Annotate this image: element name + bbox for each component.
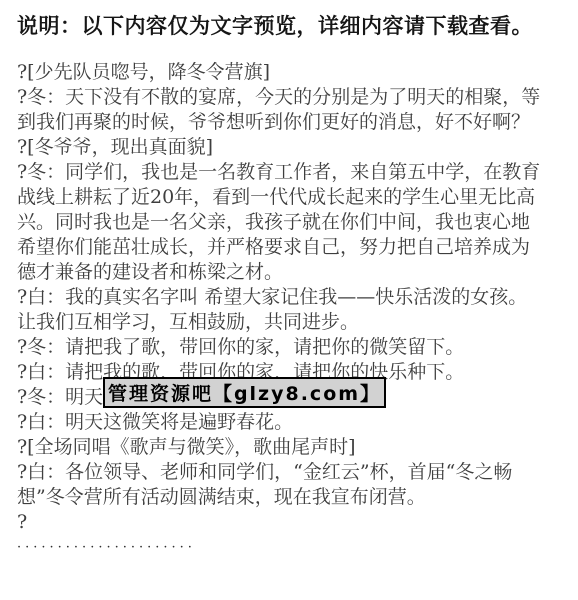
script-line: 想”冬令营所有活动圆满结束，现在我宣布闭营。 [17,485,567,510]
script-line: 希望你们能茁壮成长，并严格要求自己，努力把自己培养成为 [17,235,567,260]
preview-notice-header: 说明：以下内容仅为文字预览，详细内容请下载查看。 [17,13,533,40]
script-text-body: ?[少先队员唿号，降冬令营旗] ?冬：天下没有不散的宴席，今天的分别是为了明天的… [17,60,567,560]
script-line: ?冬：同学们，我也是一名教育工作者，来自第五中学，在教育 [17,160,567,185]
dots-divider: ······················ [17,535,567,560]
script-line: ?白：明天这微笑将是遍野春花。 [17,410,567,435]
script-line: 到我们再聚的时候，爷爷想听到你们更好的消息，好不好啊？ [17,110,567,135]
document-preview-page: { "page": { "background": "#ffffff", "bo… [0,0,578,600]
script-line: ?白：我的真实名字叫 希望大家记住我——快乐活泼的女孩。 [17,285,567,310]
script-line: 让我们互相学习，互相鼓励，共同进步。 [17,310,567,335]
watermark-glzy8: 管理资源吧【glzy8.com】 [103,377,386,408]
script-line: ?[冬爷爷，现出真面貌] [17,135,567,160]
script-line: 战线上耕耘了近20年，看到一代代成长起来的学生心里无比高 [17,185,567,210]
script-line: 德才兼备的建设者和栋梁之材。 [17,260,567,285]
script-line: ? [17,510,567,535]
script-line: ?冬：天下没有不散的宴席，今天的分别是为了明天的相聚，等 [17,85,567,110]
script-line: ?[全场同唱《歌声与微笑》，歌曲尾声时] [17,435,567,460]
script-line: ?冬：请把我了歌，带回你的家，请把你的微笑留下。 [17,335,567,360]
script-line: ?白：各位领导、老师和同学们，“金红云”杯，首届“冬之畅 [17,460,567,485]
script-line: ?[少先队员唿号，降冬令营旗] [17,60,567,85]
script-line: 兴。同时我也是一名父亲，我孩子就在你们中间，我也衷心地 [17,210,567,235]
